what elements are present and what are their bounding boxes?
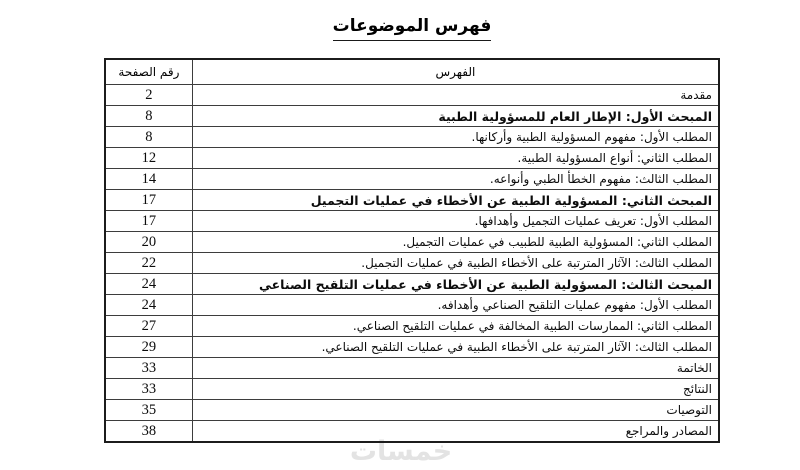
toc-entry-page-number: 24	[105, 295, 192, 316]
table-row: المبحث الثاني: المسؤولية الطبية عن الأخط…	[105, 190, 719, 211]
toc-table-body: مقدمة2المبحث الأول: الإطار العام للمسؤول…	[105, 85, 719, 443]
toc-entry-label: المطلب الثاني: أنواع المسؤولية الطبية.	[192, 148, 719, 169]
table-row: المبحث الأول: الإطار العام للمسؤولية الط…	[105, 106, 719, 127]
toc-entry-label: المطلب الثالث: مفهوم الخطأ الطبي وأنواعه…	[192, 169, 719, 190]
toc-entry-page-number: 8	[105, 127, 192, 148]
toc-entry-label: التوصيات	[192, 400, 719, 421]
column-header-page-number: رقم الصفحة	[105, 59, 192, 85]
toc-entry-page-number: 2	[105, 85, 192, 106]
toc-entry-label: المصادر والمراجع	[192, 421, 719, 443]
table-row: الخاتمة33	[105, 358, 719, 379]
table-row: المصادر والمراجع38	[105, 421, 719, 443]
table-row: المطلب الثاني: أنواع المسؤولية الطبية.12	[105, 148, 719, 169]
table-row: المطلب الثاني: المسؤولية الطبية للطبيب ف…	[105, 232, 719, 253]
toc-entry-page-number: 33	[105, 358, 192, 379]
toc-entry-label: المطلب الأول: مفهوم عمليات التلقيح الصنا…	[192, 295, 719, 316]
toc-entry-label: المطلب الثاني: المسؤولية الطبية للطبيب ف…	[192, 232, 719, 253]
page-title-text: فهرس الموضوعات	[333, 14, 492, 41]
toc-entry-label: المطلب الأول: تعريف عمليات التجميل وأهدا…	[192, 211, 719, 232]
toc-entry-page-number: 22	[105, 253, 192, 274]
table-row: النتائج33	[105, 379, 719, 400]
toc-entry-label: المبحث الثالث: المسؤولية الطبية عن الأخط…	[192, 274, 719, 295]
toc-entry-page-number: 20	[105, 232, 192, 253]
table-row: المطلب الأول: مفهوم عمليات التلقيح الصنا…	[105, 295, 719, 316]
toc-entry-label: المطلب الثالث: الآثار المترتبة على الأخط…	[192, 337, 719, 358]
page-title: فهرس الموضوعات	[104, 14, 720, 41]
table-row: المطلب الأول: مفهوم المسؤولية الطبية وأر…	[105, 127, 719, 148]
toc-entry-label: المطلب الثالث: الآثار المترتبة على الأخط…	[192, 253, 719, 274]
column-header-index: الفهرس	[192, 59, 719, 85]
toc-entry-page-number: 33	[105, 379, 192, 400]
toc-entry-page-number: 17	[105, 190, 192, 211]
toc-entry-label: المطلب الثاني: الممارسات الطبية المخالفة…	[192, 316, 719, 337]
toc-entry-page-number: 8	[105, 106, 192, 127]
toc-entry-label: الخاتمة	[192, 358, 719, 379]
table-row: المطلب الثالث: مفهوم الخطأ الطبي وأنواعه…	[105, 169, 719, 190]
toc-entry-page-number: 38	[105, 421, 192, 443]
toc-entry-label: المبحث الثاني: المسؤولية الطبية عن الأخط…	[192, 190, 719, 211]
table-row: مقدمة2	[105, 85, 719, 106]
table-row: المطلب الأول: تعريف عمليات التجميل وأهدا…	[105, 211, 719, 232]
table-row: المطلب الثاني: الممارسات الطبية المخالفة…	[105, 316, 719, 337]
toc-entry-label: المبحث الأول: الإطار العام للمسؤولية الط…	[192, 106, 719, 127]
toc-entry-label: المطلب الأول: مفهوم المسؤولية الطبية وأر…	[192, 127, 719, 148]
toc-table: الفهرس رقم الصفحة مقدمة2المبحث الأول: ال…	[104, 58, 720, 443]
toc-entry-page-number: 35	[105, 400, 192, 421]
table-row: المطلب الثالث: الآثار المترتبة على الأخط…	[105, 253, 719, 274]
table-row: التوصيات35	[105, 400, 719, 421]
table-row: المطلب الثالث: الآثار المترتبة على الأخط…	[105, 337, 719, 358]
toc-entry-page-number: 27	[105, 316, 192, 337]
toc-entry-label: مقدمة	[192, 85, 719, 106]
toc-entry-page-number: 12	[105, 148, 192, 169]
toc-table-container: الفهرس رقم الصفحة مقدمة2المبحث الأول: ال…	[104, 58, 720, 443]
toc-entry-page-number: 29	[105, 337, 192, 358]
toc-entry-label: النتائج	[192, 379, 719, 400]
toc-entry-page-number: 17	[105, 211, 192, 232]
table-row: المبحث الثالث: المسؤولية الطبية عن الأخط…	[105, 274, 719, 295]
toc-entry-page-number: 24	[105, 274, 192, 295]
toc-entry-page-number: 14	[105, 169, 192, 190]
table-header-row: الفهرس رقم الصفحة	[105, 59, 719, 85]
